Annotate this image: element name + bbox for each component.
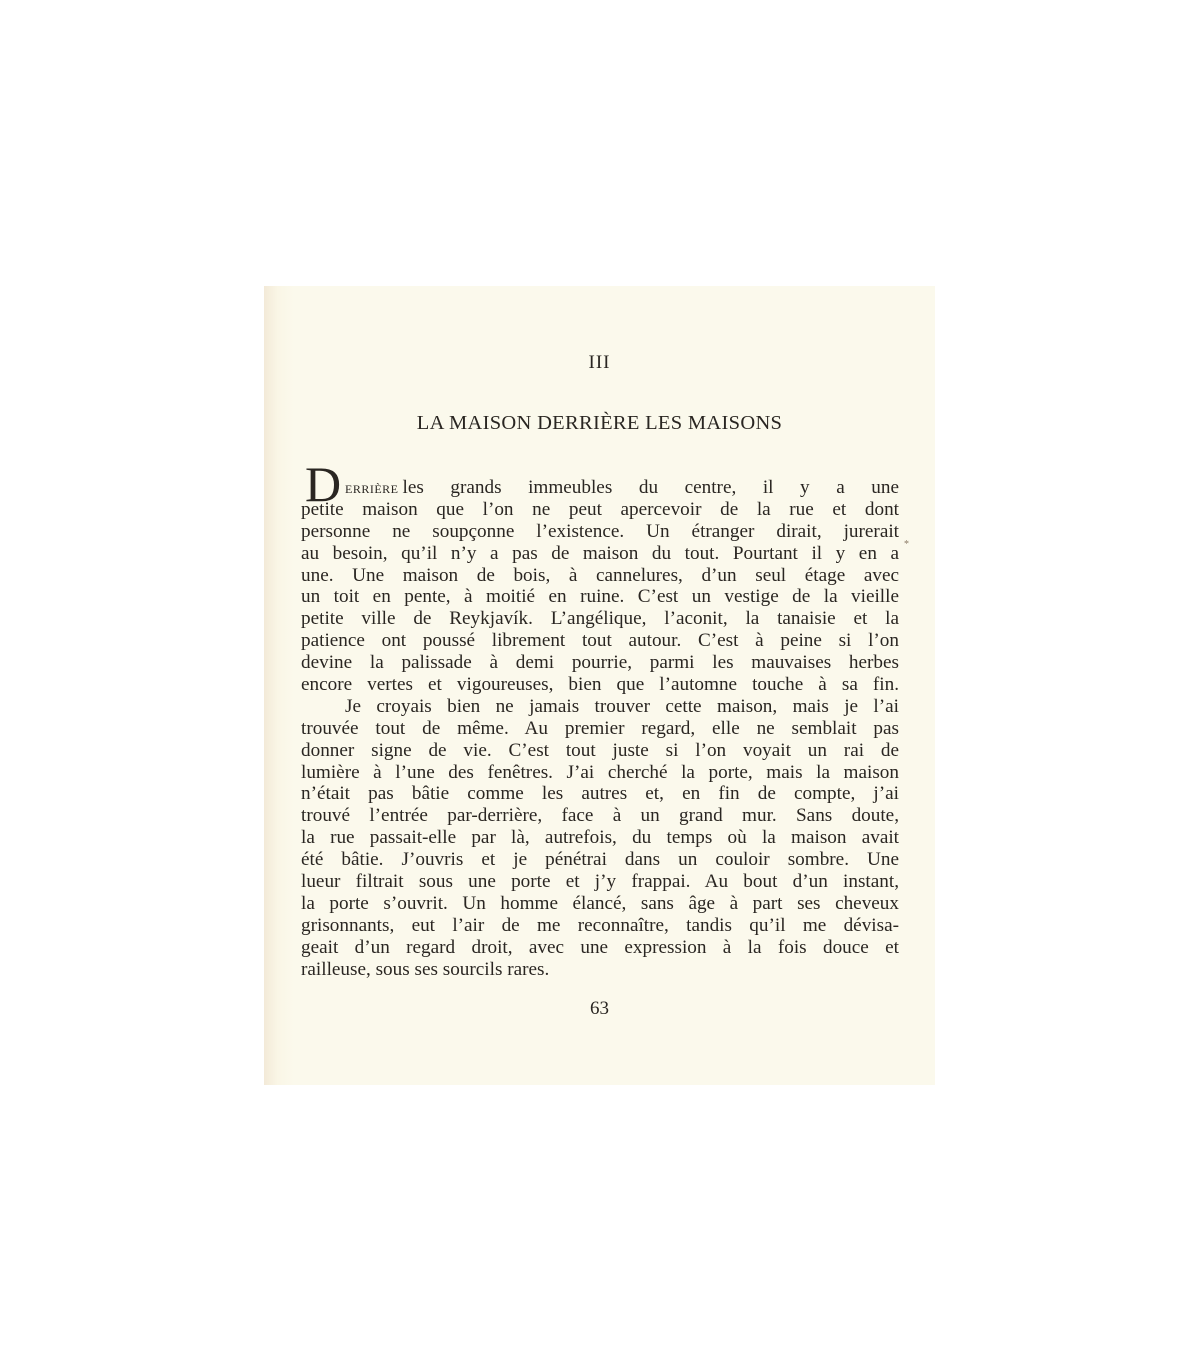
text-line: trouvé l’entrée par-derrière, face à un … (301, 805, 899, 827)
paragraph-2: Je croyais bien ne jamais trouver cette … (301, 696, 899, 981)
text-line: un toit en pente, à moitié en ruine. C’e… (301, 586, 899, 608)
text-line: Je croyais bien ne jamais trouver cette … (301, 696, 899, 718)
text-line: grisonnants, eut l’air de me reconnaître… (301, 915, 899, 937)
text-line: encore vertes et vigoureuses, bien que l… (301, 674, 899, 696)
text-line: donner signe de vie. C’est tout juste si… (301, 740, 899, 762)
text-line: lumière à l’une des fenêtres. J’ai cherc… (301, 762, 899, 784)
text-line: n’était pas bâtie comme les autres et, e… (301, 783, 899, 805)
chapter-title: LA MAISON DERRIÈRE LES MAISONS (264, 412, 935, 435)
text-line: au besoin, qu’il n’y a pas de maison du … (301, 543, 899, 565)
text-line: été bâtie. J’ouvris et je pénétrai dans … (301, 849, 899, 871)
margin-mark: * (904, 539, 909, 550)
text-line: devine la palissade à demi pourrie, parm… (301, 652, 899, 674)
book-page: III LA MAISON DERRIÈRE LES MAISONS Derri… (264, 286, 935, 1085)
lead-smallcaps: errière (345, 478, 399, 497)
text-line: geait d’un regard droit, avec une expres… (301, 937, 899, 959)
text-line: lueur filtrait sous une porte et j’y fra… (301, 871, 899, 893)
text-line: trouvée tout de même. Au premier regard,… (301, 718, 899, 740)
body-text: Derrièreles grands immeubles du centre, … (301, 477, 899, 980)
text-line: petite maison que l’on ne peut apercevoi… (301, 499, 899, 521)
drop-cap: D (305, 459, 341, 509)
chapter-number: III (264, 352, 935, 374)
text-line: petite ville de Reykjavík. L’angélique, … (301, 608, 899, 630)
text-line: railleuse, sous ses sourcils rares. (301, 959, 899, 981)
paragraph-1: Derrièreles grands immeubles du centre, … (301, 477, 899, 696)
text-line: la rue passait-elle par là, autrefois, d… (301, 827, 899, 849)
text-line: la porte s’ouvrit. Un homme élancé, sans… (301, 893, 899, 915)
text-line: personne ne soupçonne l’existence. Un ét… (301, 521, 899, 543)
text-line: Derrièreles grands immeubles du centre, … (301, 477, 899, 499)
text-line: une. Une maison de bois, à cannelures, d… (301, 565, 899, 587)
text-line: patience ont poussé librement tout autou… (301, 630, 899, 652)
page-number: 63 (264, 998, 935, 1020)
